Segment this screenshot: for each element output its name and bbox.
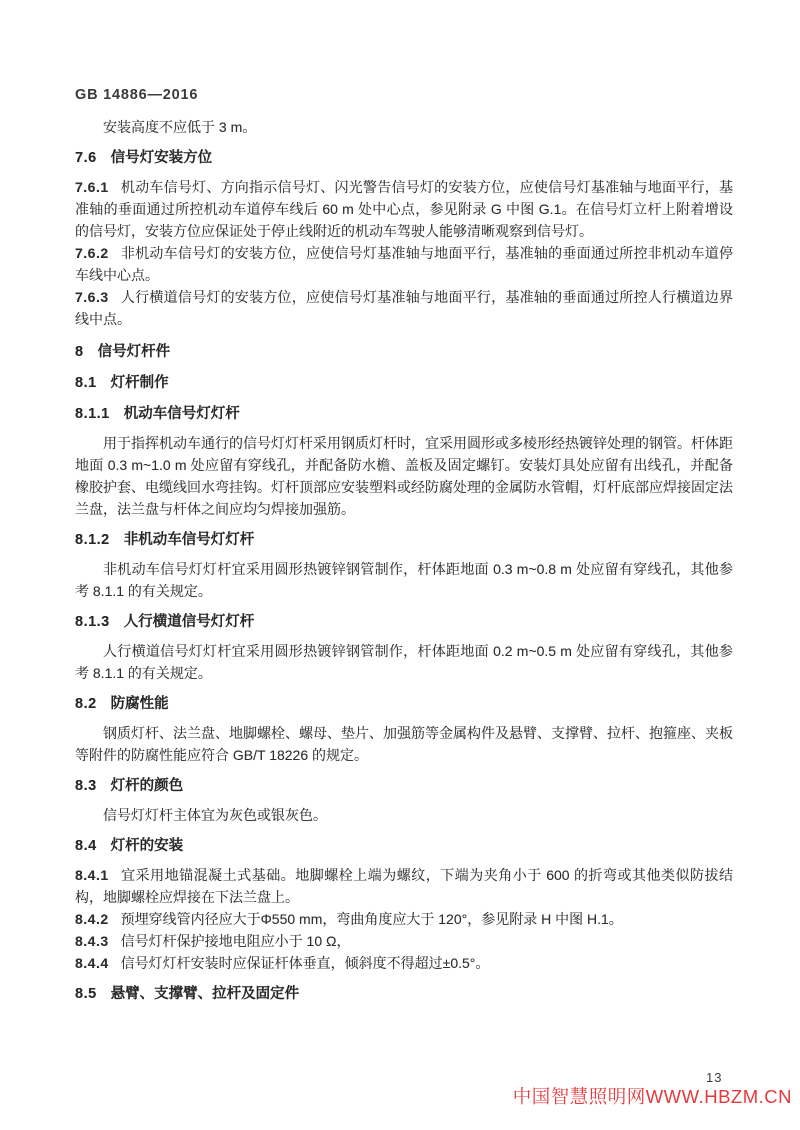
scanned-document-page: GB 14886—2016 安装高度不应低于 3 m。 7.6信号灯安装方位 7… [0, 0, 800, 1130]
clause-8-4-4: 8.4.4信号灯灯杆安装时应保证杆体垂直，倾斜度不得超过±0.5°。 [75, 952, 733, 974]
heading-title: 悬臂、支撑臂、拉杆及固定件 [111, 986, 300, 1002]
heading-number: 7.6 [75, 150, 97, 166]
heading-number: 8.2 [75, 696, 97, 712]
clause-7-6-2: 7.6.2非机动车信号灯的安装方位，应使信号灯基准轴与地面平行，基准轴的垂面通过… [75, 242, 733, 286]
heading-title: 灯杆的颜色 [111, 778, 184, 794]
heading-8-1-3: 8.1.3人行横道信号灯灯杆 [75, 611, 733, 633]
clause-text: 宜采用地锚混凝土式基础。地脚螺栓上端为螺纹，下端为夹角小于 600 的折弯或其他… [75, 867, 733, 905]
heading-title: 防腐性能 [111, 696, 169, 712]
heading-title: 机动车信号灯灯杆 [124, 406, 240, 422]
heading-title: 信号灯安装方位 [111, 150, 213, 166]
clause-number: 8.4.2 [75, 911, 109, 927]
heading-8: 8信号灯杆件 [75, 341, 733, 363]
heading-8-1-1: 8.1.1机动车信号灯灯杆 [75, 403, 733, 425]
clause-number: 8.4.4 [75, 955, 109, 971]
heading-number: 8.1.2 [75, 532, 110, 548]
clause-7-6-1: 7.6.1机动车信号灯、方向指示信号灯、闪光警告信号灯的安装方位，应使信号灯基准… [75, 176, 733, 242]
body-paragraph: 安装高度不应低于 3 m。 [75, 116, 733, 138]
heading-number: 8.4 [75, 838, 97, 854]
heading-8-3: 8.3灯杆的颜色 [75, 775, 733, 797]
heading-title: 非机动车信号灯灯杆 [124, 532, 255, 548]
heading-8-5: 8.5悬臂、支撑臂、拉杆及固定件 [75, 983, 733, 1005]
clause-8-4-2: 8.4.2预埋穿线管内径应大于Φ550 mm，弯曲角度应大于 120°，参见附录… [75, 908, 733, 930]
document-body: 安装高度不应低于 3 m。 7.6信号灯安装方位 7.6.1机动车信号灯、方向指… [75, 116, 733, 1012]
body-paragraph: 人行横道信号灯灯杆宜采用圆形热镀锌钢管制作，杆体距地面 0.2 m~0.5 m … [75, 640, 733, 684]
heading-number: 8.1 [75, 375, 97, 391]
body-paragraph: 用于指挥机动车通行的信号灯灯杆采用钢质灯杆时，宜采用圆形或多棱形经热镀锌处理的钢… [75, 432, 733, 520]
heading-title: 灯杆的安装 [111, 838, 184, 854]
clause-text: 信号灯杆保护接地电阻应小于 10 Ω， [121, 933, 351, 949]
heading-7-6: 7.6信号灯安装方位 [75, 147, 733, 169]
heading-title: 灯杆制作 [111, 375, 169, 391]
heading-title: 人行横道信号灯灯杆 [124, 614, 255, 630]
watermark-text: 中国智慧照明网WWW.HBZM.CN [513, 1083, 792, 1109]
clause-text: 机动车信号灯、方向指示信号灯、闪光警告信号灯的安装方位，应使信号灯基准轴与地面平… [75, 179, 733, 239]
heading-8-2: 8.2防腐性能 [75, 693, 733, 715]
clause-text: 信号灯灯杆安装时应保证杆体垂直，倾斜度不得超过±0.5°。 [121, 955, 490, 971]
clause-number: 7.6.1 [75, 179, 109, 195]
clause-number: 7.6.3 [75, 289, 109, 305]
heading-8-4: 8.4灯杆的安装 [75, 835, 733, 857]
heading-8-1-2: 8.1.2非机动车信号灯灯杆 [75, 529, 733, 551]
clause-number: 8.4.3 [75, 933, 109, 949]
clause-text: 非机动车信号灯的安装方位，应使信号灯基准轴与地面平行，基准轴的垂面通过所控非机动… [75, 245, 733, 283]
clause-text: 人行横道信号灯的安装方位，应使信号灯基准轴与地面平行，基准轴的垂面通过所控人行横… [75, 289, 733, 327]
clause-8-4-1: 8.4.1宜采用地锚混凝土式基础。地脚螺栓上端为螺纹，下端为夹角小于 600 的… [75, 864, 733, 908]
clause-number: 7.6.2 [75, 245, 109, 261]
heading-number: 8.1.3 [75, 614, 110, 630]
heading-number: 8 [75, 344, 84, 360]
clause-8-4-3: 8.4.3信号灯杆保护接地电阻应小于 10 Ω， [75, 930, 733, 952]
body-paragraph: 非机动车信号灯灯杆宜采用圆形热镀锌钢管制作，杆体距地面 0.3 m~0.8 m … [75, 558, 733, 602]
clause-7-6-3: 7.6.3人行横道信号灯的安装方位，应使信号灯基准轴与地面平行，基准轴的垂面通过… [75, 286, 733, 330]
heading-number: 8.5 [75, 986, 97, 1002]
clause-number: 8.4.1 [75, 867, 109, 883]
heading-number: 8.1.1 [75, 406, 110, 422]
heading-8-1: 8.1灯杆制作 [75, 372, 733, 394]
body-paragraph: 信号灯灯杆主体宜为灰色或银灰色。 [75, 804, 733, 826]
heading-title: 信号灯杆件 [98, 344, 171, 360]
heading-number: 8.3 [75, 778, 97, 794]
standard-number-header: GB 14886—2016 [75, 87, 198, 103]
clause-text: 预埋穿线管内径应大于Φ550 mm，弯曲角度应大于 120°，参见附录 H 中图… [121, 911, 623, 927]
body-paragraph: 钢质灯杆、法兰盘、地脚螺栓、螺母、垫片、加强筋等金属构件及悬臂、支撑臂、拉杆、抱… [75, 722, 733, 766]
